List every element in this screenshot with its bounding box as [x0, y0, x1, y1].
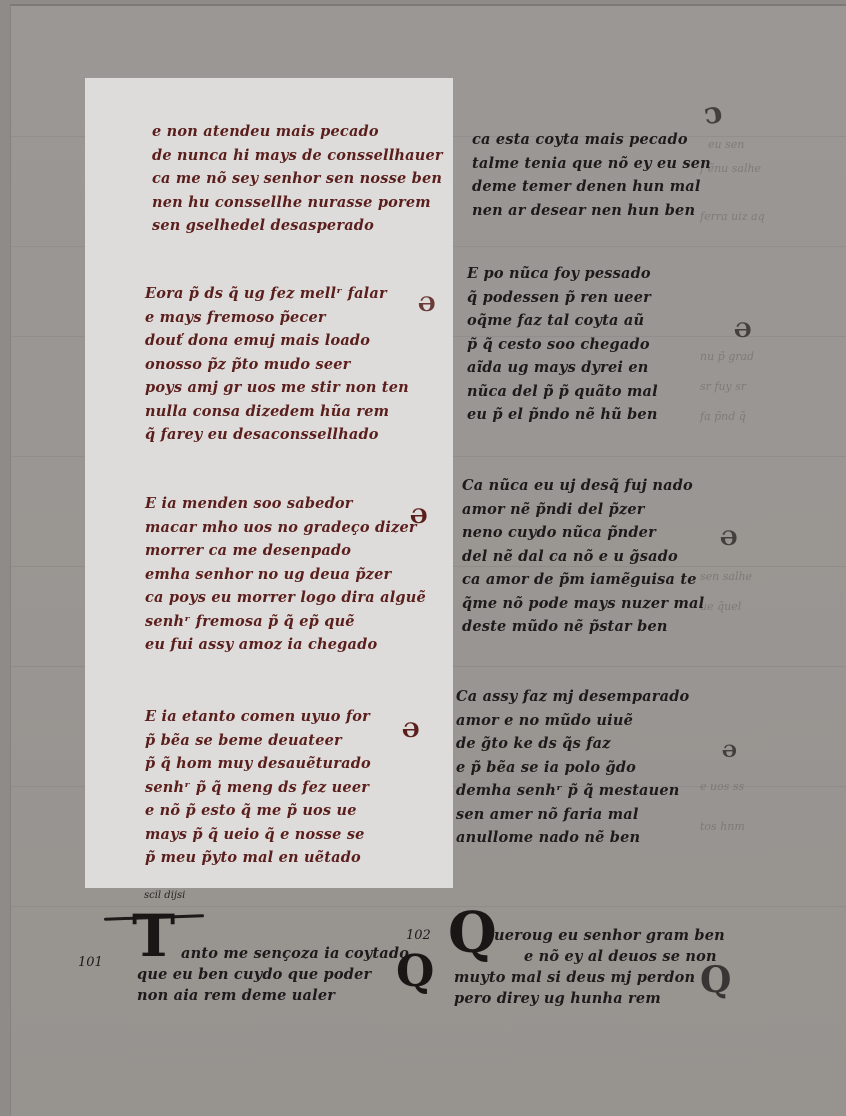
- verse-line: de g̃to ke ds q̃s faz: [456, 732, 689, 756]
- verse-line: eu fui assy amoz ia chegado: [145, 633, 426, 657]
- verse-line: E ia menden soo sabedor: [145, 492, 426, 516]
- right-stanza-2: E po nũca foy pessado q̃ podessen p̃ ren…: [467, 262, 658, 427]
- poem-102-text-3: muyto mal si deus mj perdon pero direy u…: [454, 967, 695, 1009]
- verse-line: ca me nõ sey senhor sen nosse ben: [152, 167, 443, 191]
- verse-line: p̃ bẽa se beme deuateer: [145, 729, 371, 753]
- verse-line: q̃ farey eu desaconssellhado: [145, 423, 409, 447]
- verse-line: deste mũdo nẽ p̃star ben: [462, 615, 704, 639]
- bleed-through-text: ue q̃uel: [700, 600, 741, 613]
- verse-line: anullome nado nẽ ben: [456, 826, 689, 850]
- left-stanza-3: E ia menden soo sabedor macar mho uos no…: [145, 492, 426, 657]
- poem-101-text: anto me sençoza ia coytado: [181, 943, 409, 964]
- poem-101-text-cont: que eu ben cuydo que poder non aia rem d…: [137, 964, 371, 1006]
- verse-line: E ia etanto comen uyuo for: [145, 705, 371, 729]
- paragraph-mark-icon: Ə: [734, 318, 751, 342]
- verse-line: nen ar desear nen hun ben: [472, 199, 711, 223]
- verse-line: E po nũca foy pessado: [467, 262, 658, 286]
- right-stanza-1: ca esta coyta mais pecado talme tenia qu…: [472, 128, 711, 222]
- verse-line: senhʳ fremosa p̃ q̃ ep̃ quẽ: [145, 610, 426, 634]
- paragraph-mark-icon: Ə: [402, 718, 419, 742]
- bleed-through-text: sen salhe: [700, 570, 752, 583]
- decorated-initial-q-small: Q: [396, 950, 434, 994]
- verse-line: morrer ca me desenpado: [145, 539, 426, 563]
- verse-line: poys amj gr uos me stir non ten: [145, 376, 409, 400]
- verse-line: emha senhor no ug deua p̃zer: [145, 563, 426, 587]
- verse-line: que eu ben cuydo que poder: [137, 964, 371, 985]
- paragraph-mark-icon: Ə: [722, 742, 737, 762]
- verse-line: ca amor de p̃m iamẽguisa te: [462, 568, 704, 592]
- decorated-initial-q-faint: Q: [700, 962, 731, 998]
- verse-line: talme tenia que nõ ey eu sen: [472, 152, 711, 176]
- verse-line: mays p̃ q̃ ueio q̃ e nosse se: [145, 823, 371, 847]
- right-stanza-3: Ca nũca eu uj desq̃ fuj nado amor nẽ p̃n…: [462, 474, 704, 639]
- verse-line: ca poys eu morrer logo dira alguẽ: [145, 586, 426, 610]
- poem-number-102: 102: [406, 928, 431, 943]
- bleed-through-text: eu sen: [708, 138, 744, 151]
- decorated-initial-t: T: [132, 906, 175, 966]
- verse-line: neno cuydo nũca p̃nder: [462, 521, 704, 545]
- verse-line: q̃ podessen p̃ ren ueer: [467, 286, 658, 310]
- marginal-note: scil dijsi: [144, 890, 185, 901]
- verse-line: nulla consa dizedem hũa rem: [145, 400, 409, 424]
- paragraph-mark-icon: Ə: [418, 292, 435, 316]
- verse-line: anto me sençoza ia coytado: [181, 943, 409, 964]
- verse-line: del nẽ dal ca nõ e u g̃sado: [462, 545, 704, 569]
- bleed-through-text: nu p̃ grad: [700, 350, 754, 363]
- verse-line: aĩda ug mays dyrei en: [467, 356, 658, 380]
- verse-line: onosso p̃z p̃to mudo seer: [145, 353, 409, 377]
- verse-line: ca esta coyta mais pecado: [472, 128, 711, 152]
- bleed-through-text: sr fuy sr: [700, 380, 746, 393]
- verse-line: p̃ meu p̃yto mal en uẽtado: [145, 846, 371, 870]
- verse-line: ueroug eu senhor gram ben: [494, 925, 725, 946]
- verse-line: oq̃me faz tal coyta aũ: [467, 309, 658, 333]
- verse-line: Ca assy faz mj desemparado: [456, 685, 689, 709]
- verse-line: e nõ ey al deuos se non: [524, 946, 717, 967]
- verse-line: Eora p̃ ds q̃ ug fez mellʳ falar: [145, 282, 409, 306]
- verse-line: demha senhʳ p̃ q̃ mestauen: [456, 779, 689, 803]
- verse-line: Ca nũca eu uj desq̃ fuj nado: [462, 474, 704, 498]
- verse-line: e nõ p̃ esto q̃ me p̃ uos ue: [145, 799, 371, 823]
- verse-line: douť dona emuj mais loado: [145, 329, 409, 353]
- poem-102-text-2: e nõ ey al deuos se non: [524, 946, 717, 967]
- verse-line: deme temer denen hun mal: [472, 175, 711, 199]
- verse-line: q̃me nõ pode mays nuzer mal: [462, 592, 704, 616]
- decorated-initial-q: Q: [448, 904, 497, 962]
- poem-number-101: 101: [78, 955, 103, 970]
- verse-line: pero direy ug hunha rem: [454, 988, 695, 1009]
- verse-line: nen hu conssellhe nurasse porem: [152, 191, 443, 215]
- verse-line: nũca del p̃ p̃ quãto mal: [467, 380, 658, 404]
- left-stanza-2: Eora p̃ ds q̃ ug fez mellʳ falar e mays …: [145, 282, 409, 447]
- verse-line: macar mho uos no gradeço dizer: [145, 516, 426, 540]
- verse-line: p̃ q̃ hom muy desauẽturado: [145, 752, 371, 776]
- verse-line: sen amer nõ faria mal: [456, 803, 689, 827]
- bleed-through-text: fa p̃nd q̃: [700, 410, 746, 423]
- verse-line: e mays fremoso p̃ecer: [145, 306, 409, 330]
- paragraph-mark-icon: Ə: [410, 504, 427, 528]
- poem-102-text: ueroug eu senhor gram ben: [494, 925, 725, 946]
- verse-line: e non atendeu mais pecado: [152, 120, 443, 144]
- bleed-through-text: tos hnm: [700, 820, 745, 833]
- verse-line: senhʳ p̃ q̃ meng ds fez ueer: [145, 776, 371, 800]
- verse-line: e p̃ bẽa se ia polo g̃do: [456, 756, 689, 780]
- left-stanza-1: e non atendeu mais pecado de nunca hi ma…: [152, 120, 443, 238]
- bleed-through-text: e uos ss: [700, 780, 744, 793]
- verse-line: amor nẽ p̃ndi del p̃zer: [462, 498, 704, 522]
- verse-line: muyto mal si deus mj perdon: [454, 967, 695, 988]
- verse-line: de nunca hi mays de conssellhauer: [152, 144, 443, 168]
- verse-line: eu p̃ el p̃ndo nẽ hũ ben: [467, 403, 658, 427]
- paragraph-mark-icon: Ə: [720, 526, 737, 550]
- right-stanza-4: Ca assy faz mj desemparado amor e no mũd…: [456, 685, 689, 850]
- verse-line: p̃ q̃ cesto soo chegado: [467, 333, 658, 357]
- verse-line: sen gselhedel desasperado: [152, 214, 443, 238]
- verse-line: amor e no mũdo uiuẽ: [456, 709, 689, 733]
- left-stanza-4: E ia etanto comen uyuo for p̃ bẽa se bem…: [145, 705, 371, 870]
- verse-line: non aia rem deme ualer: [137, 985, 371, 1006]
